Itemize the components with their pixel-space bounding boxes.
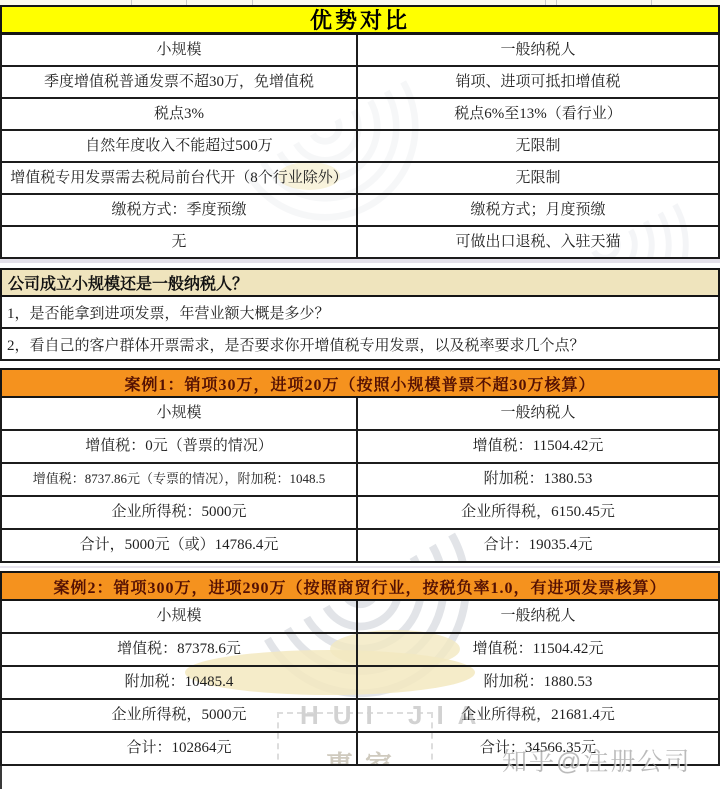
- case1-header: 案例1：销项30万，进项20万（按照小规模普票不超30万核算）: [0, 368, 720, 398]
- cell-left: 增值税：0元（普票的情况）: [2, 431, 358, 462]
- column-header-small-scale: 小规模: [2, 601, 358, 632]
- cell-left: 合计，5000元（或）14786.4元: [2, 530, 358, 561]
- question-row: 2，看自己的客户群体开票需求，是否要求你开增值税专用发票，以及税率要求几个点？: [0, 329, 720, 361]
- table-row: 税点3% 税点6%至13%（看行业）: [2, 99, 718, 131]
- cell-left: 附加税：10485.4: [2, 667, 358, 698]
- cell-right: 税点6%至13%（看行业）: [358, 99, 718, 129]
- table-row: 企业所得税：5000元 企业所得税，6150.45元: [2, 497, 718, 530]
- question-section-header: 公司成立小规模还是一般纳税人？: [0, 268, 720, 297]
- cell-left: 税点3%: [2, 99, 358, 129]
- tax-comparison-sheet: HUI JIA 惠家 知乎@注册公司 优势对比 小规模 一般纳税人 季度增值税普…: [0, 0, 720, 789]
- cell-right: 合计：19035.4元: [358, 530, 718, 561]
- cell-right: 合计：34566.35元: [358, 733, 718, 764]
- case1-table: 小规模 一般纳税人 增值税：0元（普票的情况） 增值税：11504.42元 增值…: [0, 398, 720, 563]
- table-row: 自然年度收入不能超过500万 无限制: [2, 131, 718, 163]
- cell-right: 附加税：1380.53: [358, 464, 718, 495]
- column-header-general-taxpayer: 一般纳税人: [358, 35, 718, 65]
- page-title: 优势对比: [0, 5, 720, 35]
- cell-left: 缴税方式：季度预缴: [2, 195, 358, 225]
- cell-right: 企业所得税，6150.45元: [358, 497, 718, 528]
- table-row: 小规模 一般纳税人: [2, 601, 718, 634]
- table-row: 增值税：8737.86元（专票的情况），附加税：1048.5 附加税：1380.…: [2, 464, 718, 497]
- table-row: 增值税：87378.6元 增值税：11504.42元: [2, 634, 718, 667]
- table-row: 合计：102864元 合计：34566.35元: [2, 733, 718, 766]
- table-row: 附加税：10485.4 附加税：1880.53: [2, 667, 718, 700]
- table-row: 合计，5000元（或）14786.4元 合计：19035.4元: [2, 530, 718, 563]
- cell-left: 季度增值税普通发票不超30万，免增值税: [2, 67, 358, 97]
- sheet-content: 优势对比 小规模 一般纳税人 季度增值税普通发票不超30万，免增值税 销项、进项…: [0, 0, 720, 789]
- cell-left: 增值税：8737.86元（专票的情况），附加税：1048.5: [2, 464, 358, 495]
- table-row: 无 可做出口退税、入驻天猫: [2, 227, 718, 259]
- cell-right: 企业所得税，21681.4元: [358, 700, 718, 731]
- cell-left: 增值税专用发票需去税局前台代开（8个行业除外）: [2, 163, 358, 193]
- cell-left: 自然年度收入不能超过500万: [2, 131, 358, 161]
- column-header-small-scale: 小规模: [2, 35, 358, 65]
- case2-header: 案例2：销项300万，进项290万（按照商贸行业，按税负率1.0，有进项发票核算…: [0, 571, 720, 601]
- section-gap: [0, 259, 720, 268]
- column-header-small-scale: 小规模: [2, 398, 358, 429]
- table-row: 增值税专用发票需去税局前台代开（8个行业除外） 无限制: [2, 163, 718, 195]
- table-row: 缴税方式：季度预缴 缴税方式；月度预缴: [2, 195, 718, 227]
- cell-right: 增值税：11504.42元: [358, 431, 718, 462]
- cell-right: 缴税方式；月度预缴: [358, 195, 718, 225]
- cell-left: 无: [2, 227, 358, 257]
- table-row: 小规模 一般纳税人: [2, 35, 718, 67]
- cell-left: 增值税：87378.6元: [2, 634, 358, 665]
- table-row: 季度增值税普通发票不超30万，免增值税 销项、进项可抵扣增值税: [2, 67, 718, 99]
- table-row: 增值税：0元（普票的情况） 增值税：11504.42元: [2, 431, 718, 464]
- bottom-margin-strip: [0, 766, 720, 789]
- cell-right: 无限制: [358, 131, 718, 161]
- cell-left: 企业所得税：5000元: [2, 497, 358, 528]
- comparison-table: 小规模 一般纳税人 季度增值税普通发票不超30万，免增值税 销项、进项可抵扣增值…: [0, 35, 720, 259]
- section-gap: [0, 563, 720, 571]
- table-row: 小规模 一般纳税人: [2, 398, 718, 431]
- cell-right: 增值税：11504.42元: [358, 634, 718, 665]
- column-header-general-taxpayer: 一般纳税人: [358, 601, 718, 632]
- case2-table: 小规模 一般纳税人 增值税：87378.6元 增值税：11504.42元 附加税…: [0, 601, 720, 766]
- cell-right: 无限制: [358, 163, 718, 193]
- cell-right: 销项、进项可抵扣增值税: [358, 67, 718, 97]
- cell-right: 附加税：1880.53: [358, 667, 718, 698]
- cell-right: 可做出口退税、入驻天猫: [358, 227, 718, 257]
- question-row: 1，是否能拿到进项发票，年营业额大概是多少？: [0, 297, 720, 329]
- cell-left: 合计：102864元: [2, 733, 358, 764]
- table-row: 企业所得税，5000元 企业所得税，21681.4元: [2, 700, 718, 733]
- column-header-general-taxpayer: 一般纳税人: [358, 398, 718, 429]
- cell-left: 企业所得税，5000元: [2, 700, 358, 731]
- section-gap: [0, 361, 720, 368]
